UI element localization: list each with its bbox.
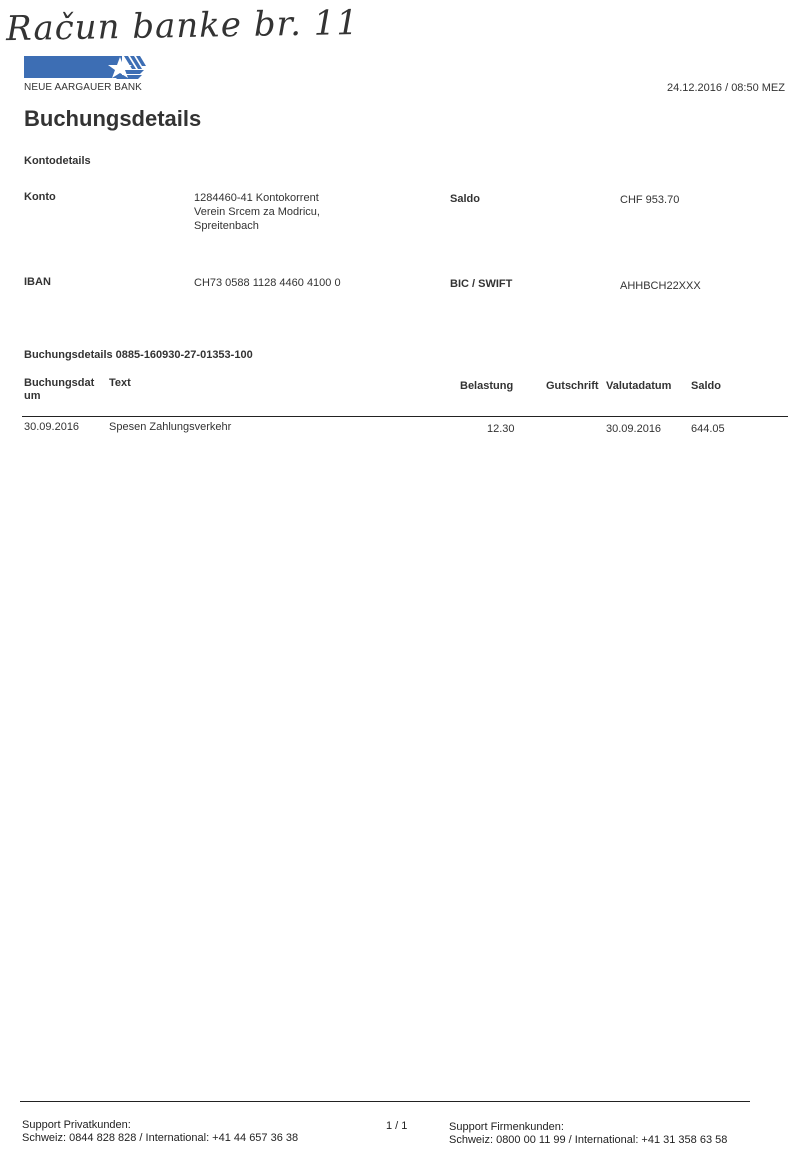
column-header-buchungsdatum-line2: um (24, 390, 94, 403)
footer-private-support: Support Privatkunden: Schweiz: 0844 828 … (22, 1119, 298, 1145)
konto-label: Konto (24, 191, 56, 203)
bic-label: BIC / SWIFT (450, 278, 512, 290)
column-header-buchungsdatum-line1: Buchungsdat (24, 377, 94, 390)
cell-buchungsdatum: 30.09.2016 (24, 421, 79, 433)
booking-section-title: Buchungsdetails 0885-160930-27-01353-100 (24, 349, 253, 361)
bank-logo: NEUE AARGAUER BANK (24, 55, 146, 93)
saldo-value: CHF 953.70 (620, 193, 679, 207)
column-header-buchungsdatum: Buchungsdat um (24, 377, 94, 403)
konto-number: 1284460-41 Kontokorrent (194, 191, 320, 205)
page-number: 1 / 1 (386, 1120, 407, 1133)
cell-belastung: 12.30 (487, 423, 515, 435)
cell-text: Spesen Zahlungsverkehr (109, 421, 231, 433)
konto-value: 1284460-41 Kontokorrent Verein Srcem za … (194, 191, 320, 233)
cell-saldo: 644.05 (691, 423, 725, 435)
handwritten-note: Račun banke br. 11 (6, 3, 360, 49)
business-support-title: Support Firmenkunden: (449, 1121, 727, 1134)
konto-location: Spreitenbach (194, 219, 320, 233)
print-timestamp: 24.12.2016 / 08:50 MEZ (667, 82, 785, 94)
footer-business-support: Support Firmenkunden: Schweiz: 0800 00 1… (449, 1121, 727, 1147)
table-header-divider (22, 416, 788, 417)
column-header-valutadatum: Valutadatum (606, 380, 671, 393)
column-header-saldo: Saldo (691, 380, 721, 393)
bic-value: AHHBCH22XXX (620, 279, 701, 293)
saldo-label: Saldo (450, 193, 480, 205)
iban-label: IBAN (24, 276, 51, 288)
private-support-phones: Schweiz: 0844 828 828 / International: +… (22, 1132, 298, 1145)
page-title: Buchungsdetails (24, 106, 201, 132)
column-header-belastung: Belastung (460, 380, 513, 393)
column-header-gutschrift: Gutschrift (546, 380, 599, 393)
star-logo-icon (24, 55, 146, 80)
private-support-title: Support Privatkunden: (22, 1119, 298, 1132)
business-support-phones: Schweiz: 0800 00 11 99 / International: … (449, 1134, 727, 1147)
cell-valutadatum: 30.09.2016 (606, 423, 661, 435)
logo-bar (24, 55, 146, 80)
column-header-text: Text (109, 377, 131, 390)
konto-holder: Verein Srcem za Modricu, (194, 205, 320, 219)
iban-value: CH73 0588 1128 4460 4100 0 (194, 276, 341, 290)
account-section-title: Kontodetails (24, 155, 91, 167)
bank-name: NEUE AARGAUER BANK (24, 82, 146, 93)
footer-divider (20, 1101, 750, 1102)
